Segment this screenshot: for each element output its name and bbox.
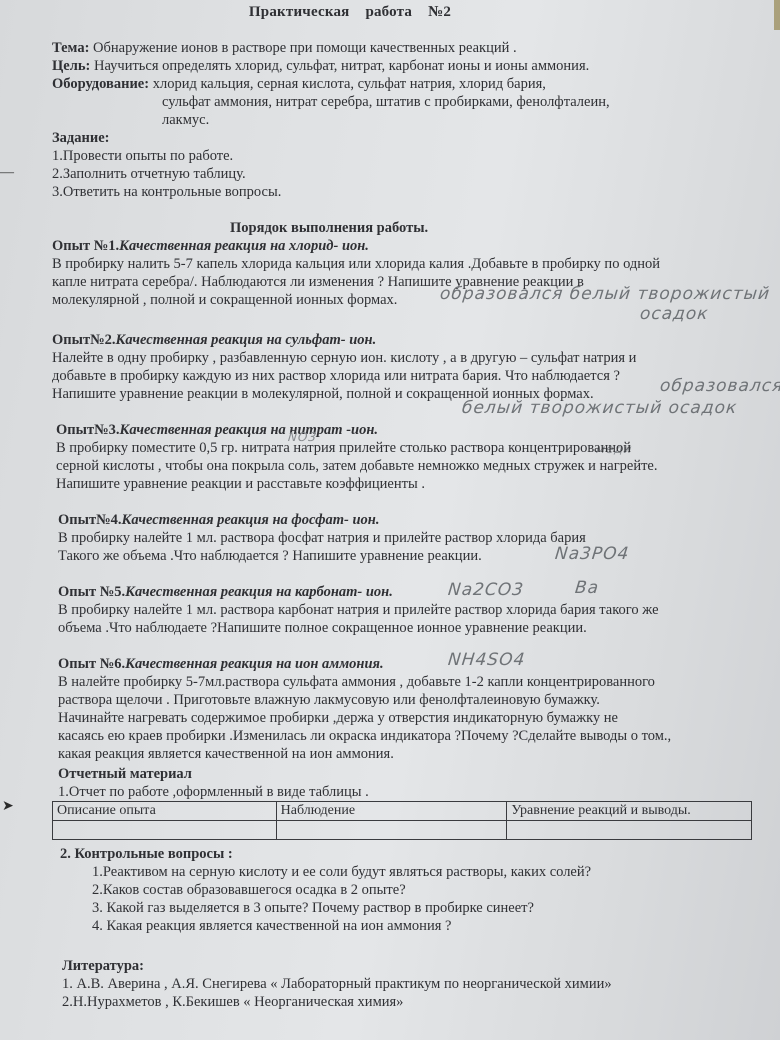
experiment-text: Напишите уравнение реакции и расставьте … bbox=[56, 476, 425, 493]
task-heading: Задание: bbox=[52, 130, 109, 147]
handwritten-formula: Ba bbox=[574, 578, 600, 598]
experiment-number: Опыт№4. bbox=[58, 512, 122, 528]
task-item: 1.Провести опыты по работе. bbox=[52, 148, 233, 165]
table-header: Описание опыта bbox=[53, 802, 277, 821]
worksheet-page: Практическая работа №2 Тема: Обнаружение… bbox=[0, 0, 780, 1040]
question-item: 4. Какая реакция является качественной н… bbox=[92, 918, 451, 935]
experiment-text: Такого же объема .Что наблюдается ? Напи… bbox=[58, 548, 482, 565]
goal-label: Цель: bbox=[52, 58, 90, 74]
goal-text: Научиться определять хлорид, сульфат, ни… bbox=[94, 58, 589, 74]
literature-heading: Литература: bbox=[62, 958, 144, 975]
questions-heading: 2. Контрольные вопросы : bbox=[60, 846, 233, 863]
handwritten-formula: Na3PO4 bbox=[554, 544, 631, 564]
table-cell bbox=[53, 821, 277, 840]
experiment-title: Качественная реакция на карбонат- ион. bbox=[125, 584, 393, 600]
topic-text: Обнаружение ионов в растворе при помощи … bbox=[93, 40, 517, 56]
report-table: Описание опыта Наблюдение Уравнение реак… bbox=[52, 801, 752, 840]
experiment-2-heading: Опыт№2.Качественная реакция на сульфат- … bbox=[52, 332, 376, 349]
literature-item: 1. А.В. Аверина , А.Я. Снегирева « Лабор… bbox=[62, 976, 612, 993]
table-header: Уравнение реакций и выводы. bbox=[507, 802, 752, 821]
equipment-line: Оборудование: хлорид кальция, серная кис… bbox=[52, 76, 546, 93]
experiment-4-heading: Опыт№4.Качественная реакция на фосфат- и… bbox=[58, 512, 379, 529]
table-cell bbox=[276, 821, 507, 840]
table-cell bbox=[507, 821, 752, 840]
procedure-heading: Порядок выполнения работы. bbox=[230, 220, 428, 237]
equipment-text: хлорид кальция, серная кислота, сульфат … bbox=[153, 76, 546, 92]
table-header: Наблюдение bbox=[276, 802, 507, 821]
handwritten-formula: NH4SO4 bbox=[447, 650, 526, 670]
task-item: 3.Ответить на контрольные вопросы. bbox=[52, 184, 281, 201]
experiment-text: добавьте в пробирку каждую из них раство… bbox=[52, 368, 620, 385]
table-header-row: Описание опыта Наблюдение Уравнение реак… bbox=[53, 802, 752, 821]
experiment-text: В пробирку налить 5-7 капель хлорида кал… bbox=[52, 256, 660, 273]
report-item: 1.Отчет по работе ,оформленный в виде та… bbox=[58, 784, 369, 801]
task-item: 2.Заполнить отчетную таблицу. bbox=[52, 166, 246, 183]
topic-label: Тема: bbox=[52, 40, 89, 56]
margin-mark-icon: ➤ bbox=[2, 798, 14, 815]
report-heading: Отчетный материал bbox=[58, 766, 192, 783]
handwritten-answer: образовался bbox=[659, 376, 780, 396]
experiment-number: Опыт№2. bbox=[52, 332, 116, 348]
experiment-text: молекулярной , полной и сокращенной ионн… bbox=[52, 292, 397, 309]
experiment-number: Опыт №5. bbox=[58, 584, 125, 600]
experiment-text: раствора щелочи . Приготовьте влажную ла… bbox=[58, 692, 600, 709]
page-edge-shadow bbox=[774, 0, 780, 30]
experiment-text: Налейте в одну пробирку , разбавленную с… bbox=[52, 350, 636, 367]
goal-line: Цель: Научиться определять хлорид, сульф… bbox=[52, 58, 589, 75]
experiment-text: В пробирку налейте 1 мл. раствора фосфат… bbox=[58, 530, 586, 547]
experiment-text: объема .Что наблюдаете ?Напишите полное … bbox=[58, 620, 587, 637]
experiment-title: Качественная реакция на хлорид- ион. bbox=[119, 238, 369, 254]
experiment-title: Качественная реакция на фосфат- ион. bbox=[122, 512, 380, 528]
experiment-title: Качественная реакция на нитрат -ион. bbox=[120, 422, 379, 438]
literature-item: 2.Н.Нурахметов , К.Бекишев « Неорганичес… bbox=[62, 994, 403, 1011]
experiment-text: В налейте пробирку 5-7мл.раствора сульфа… bbox=[58, 674, 655, 691]
title-word: работа bbox=[365, 4, 412, 20]
experiment-text: серной кислоты , чтобы она покрыла соль,… bbox=[56, 458, 658, 475]
experiment-title: Качественная реакция на сульфат- ион. bbox=[116, 332, 377, 348]
handwritten-answer: образовался белый творожистый bbox=[439, 284, 771, 304]
experiment-text: какая реакция является качественной на и… bbox=[58, 746, 394, 763]
topic-line: Тема: Обнаружение ионов в растворе при п… bbox=[52, 40, 517, 57]
experiment-6-heading: Опыт №6.Качественная реакция на ион аммо… bbox=[58, 656, 384, 673]
question-item: 2.Каков состав образовавшегося осадка в … bbox=[92, 882, 406, 899]
experiment-1-heading: Опыт №1.Качественная реакция на хлорид- … bbox=[52, 238, 369, 255]
experiment-5-heading: Опыт №5.Качественная реакция на карбонат… bbox=[58, 584, 393, 601]
experiment-number: Опыт№3. bbox=[56, 422, 120, 438]
experiment-3-heading: Опыт№3.Качественная реакция на нитрат -и… bbox=[56, 422, 378, 439]
handwritten-answer: осадок bbox=[639, 304, 710, 324]
question-item: 3. Какой газ выделяется в 3 опыте? Почем… bbox=[92, 900, 534, 917]
experiment-text: Начинайте нагревать содержимое пробирки … bbox=[58, 710, 618, 727]
experiment-number: Опыт №6. bbox=[58, 656, 125, 672]
margin-mark-icon: — bbox=[0, 165, 14, 181]
title-word: Практическая bbox=[249, 4, 350, 20]
handwritten-formula: Na2CO3 bbox=[447, 580, 525, 600]
experiment-text: В пробирку поместите 0,5 гр. нитрата нат… bbox=[56, 440, 631, 457]
experiment-text: В пробирку налейте 1 мл. раствора карбон… bbox=[58, 602, 659, 619]
question-item: 1.Реактивом на серную кислоту и ее соли … bbox=[92, 864, 591, 881]
equipment-text: лакмус. bbox=[162, 112, 209, 129]
title-number: №2 bbox=[428, 4, 451, 20]
page-title: Практическая работа №2 bbox=[0, 4, 700, 21]
experiment-title: Качественная реакция на ион аммония. bbox=[125, 656, 383, 672]
handwritten-answer: белый творожистый осадок bbox=[461, 398, 738, 418]
experiment-number: Опыт №1. bbox=[52, 238, 119, 254]
equipment-label: Оборудование: bbox=[52, 76, 149, 92]
table-row bbox=[53, 821, 752, 840]
experiment-text: касаясь ею краев пробирки .Изменилась ли… bbox=[58, 728, 671, 745]
equipment-text: сульфат аммония, нитрат серебра, штатив … bbox=[162, 94, 610, 111]
